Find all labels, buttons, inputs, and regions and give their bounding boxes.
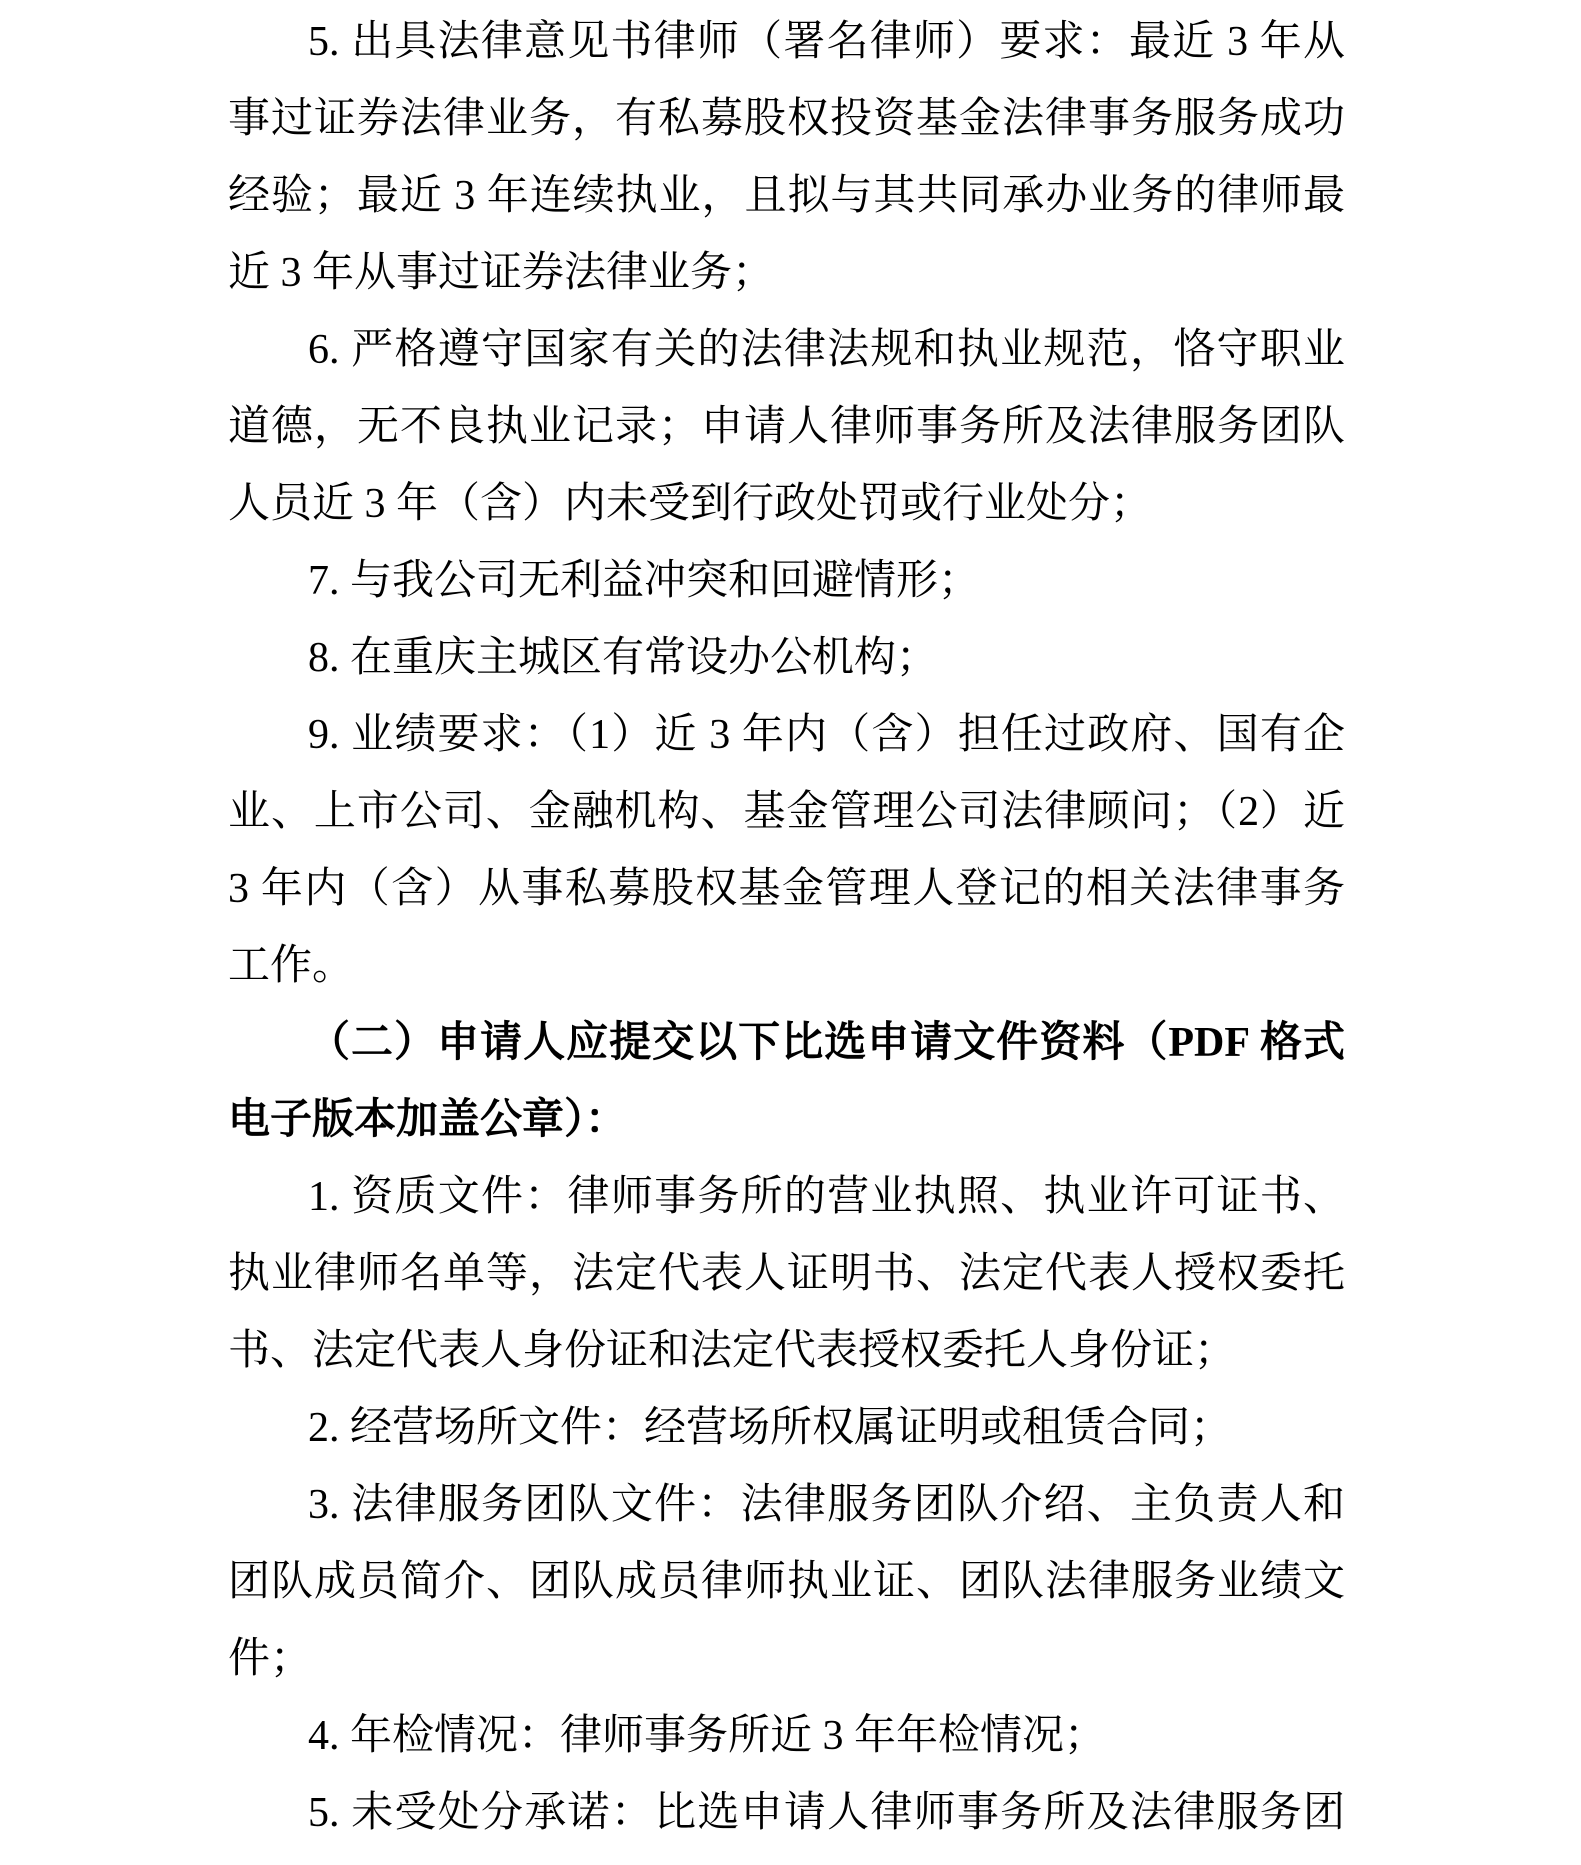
document-line: 6. 严格遵守国家有关的法律法规和执业规范，恪守职业 (228, 312, 1345, 389)
document-line: 5. 未受处分承诺：比选申请人律师事务所及法律服务团 (228, 1775, 1345, 1852)
document-line: 3. 法律服务团队文件：法律服务团队介绍、主负责人和 (228, 1467, 1345, 1544)
document-line: 1. 资质文件：律师事务所的营业执照、执业许可证书、 (228, 1159, 1345, 1236)
document-page: 5. 出具法律意见书律师（署名律师）要求：最近 3 年从事过证券法律业务，有私募… (0, 0, 1581, 1865)
document-line: 8. 在重庆主城区有常设办公机构； (228, 620, 1345, 697)
document-line: 4. 年检情况：律师事务所近 3 年年检情况； (228, 1698, 1345, 1775)
document-line: 2. 经营场所文件：经营场所权属证明或租赁合同； (228, 1390, 1345, 1467)
document-line: 件； (228, 1621, 1345, 1698)
document-line: 7. 与我公司无利益冲突和回避情形； (228, 543, 1345, 620)
document-line: 道德，无不良执业记录；申请人律师事务所及法律服务团队 (228, 389, 1345, 466)
document-line: （二）申请人应提交以下比选申请文件资料（PDF 格式 (228, 1005, 1345, 1082)
document-line: 电子版本加盖公章）： (228, 1082, 1345, 1159)
document-line: 事过证券法律业务，有私募股权投资基金法律事务服务成功 (228, 81, 1345, 158)
document-text-block: 5. 出具法律意见书律师（署名律师）要求：最近 3 年从事过证券法律业务，有私募… (228, 4, 1345, 1852)
document-line: 书、法定代表人身份证和法定代表授权委托人身份证； (228, 1313, 1345, 1390)
document-line: 近 3 年从事过证券法律业务； (228, 235, 1345, 312)
document-line: 经验；最近 3 年连续执业，且拟与其共同承办业务的律师最 (228, 158, 1345, 235)
document-line: 业、上市公司、金融机构、基金管理公司法律顾问；（2）近 (228, 774, 1345, 851)
document-line: 工作。 (228, 928, 1345, 1005)
document-line: 团队成员简介、团队成员律师执业证、团队法律服务业绩文 (228, 1544, 1345, 1621)
document-line: 执业律师名单等，法定代表人证明书、法定代表人授权委托 (228, 1236, 1345, 1313)
document-line: 9. 业绩要求：（1）近 3 年内（含）担任过政府、国有企 (228, 697, 1345, 774)
document-line: 5. 出具法律意见书律师（署名律师）要求：最近 3 年从 (228, 4, 1345, 81)
document-line: 人员近 3 年（含）内未受到行政处罚或行业处分； (228, 466, 1345, 543)
document-line: 3 年内（含）从事私募股权基金管理人登记的相关法律事务 (228, 851, 1345, 928)
